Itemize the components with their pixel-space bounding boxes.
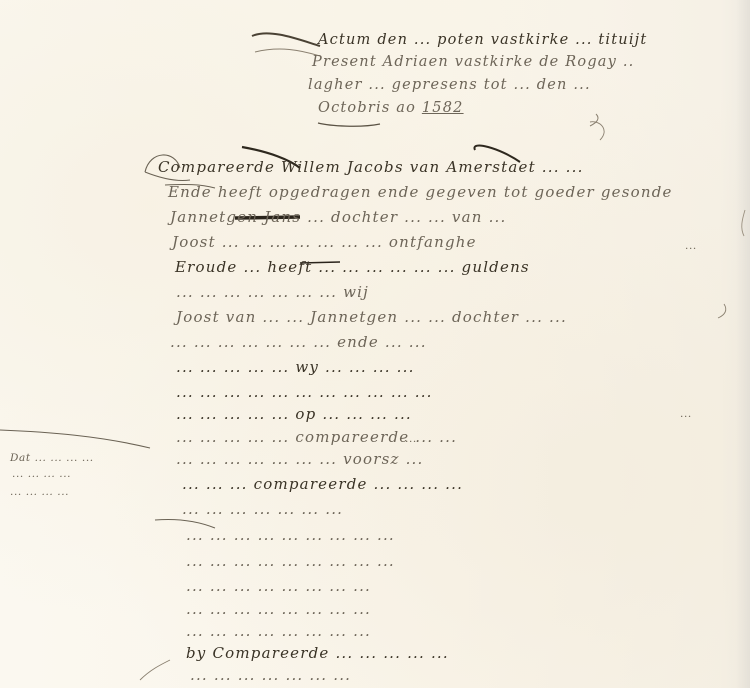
heading-line-3: lagher ... gepresens tot ... den ... [308,77,591,93]
margin-note-line-1: Dat ... ... ... ... [10,452,94,464]
heading-line-2: Present Adriaen vastkirke de Rogay .. [312,54,634,70]
margin-note-line-2: ... ... ... ... [12,468,71,480]
heading-year: 1582 [422,100,464,116]
body-line-14: ... ... ... compareerde ... ... ... ... [182,475,463,493]
body-line-8: ... ... ... ... ... ... ... ende ... ... [170,333,427,351]
heading-month: Octobris ao [318,100,416,116]
interlinear-note-3: ... [685,240,697,252]
body-line-21: by Compareerde ... ... ... ... ... [186,644,449,662]
body-line-10: ... ... ... ... ... ... ... ... ... ... … [176,383,433,401]
heading-line-4: Octobris ao 1582 [318,100,464,116]
body-line-2: Ende heeft opgedragen ende gegeven tot g… [168,183,673,201]
body-line-6: ... ... ... ... ... ... ... wij [176,283,369,301]
body-line-20: ... ... ... ... ... ... ... ... [186,622,371,640]
body-line-15: ... ... ... ... ... ... ... [182,500,343,518]
body-line-3: Jannetgen Jans ... dochter ... ... van .… [170,208,506,226]
interlinear-note-2: ... [405,433,417,445]
body-line-19: ... ... ... ... ... ... ... ... [186,600,371,618]
body-line-1: Compareerde Willem Jacobs van Amerstaet … [158,158,584,176]
manuscript-page: Actum den ... poten vastkirke ... tituij… [0,0,750,688]
body-line-16: ... ... ... ... ... ... ... ... ... [186,526,395,544]
heading-line-1: Actum den ... poten vastkirke ... tituij… [318,32,647,48]
body-line-7: Joost van ... ... Jannetgen ... ... doch… [176,308,567,326]
body-line-5: Eroude ... heeft ... ... ... ... ... ...… [175,258,530,276]
body-line-9: ... ... ... ... ... wy ... ... ... ... [176,358,415,376]
body-line-22: ... ... ... ... ... ... ... [190,666,351,684]
margin-note-line-3: ... ... ... ... [10,486,69,498]
interlinear-note-1: ... [680,408,692,420]
body-line-11: ... ... ... ... ... op ... ... ... ... [176,405,412,423]
body-line-18: ... ... ... ... ... ... ... ... [186,577,371,595]
body-line-17: ... ... ... ... ... ... ... ... ... [186,552,395,570]
body-line-4: Joost ... ... ... ... ... ... ... ontfan… [172,233,477,251]
body-line-13: ... ... ... ... ... ... ... voorsz ... [176,450,424,468]
page-edge-shadow [736,0,750,688]
